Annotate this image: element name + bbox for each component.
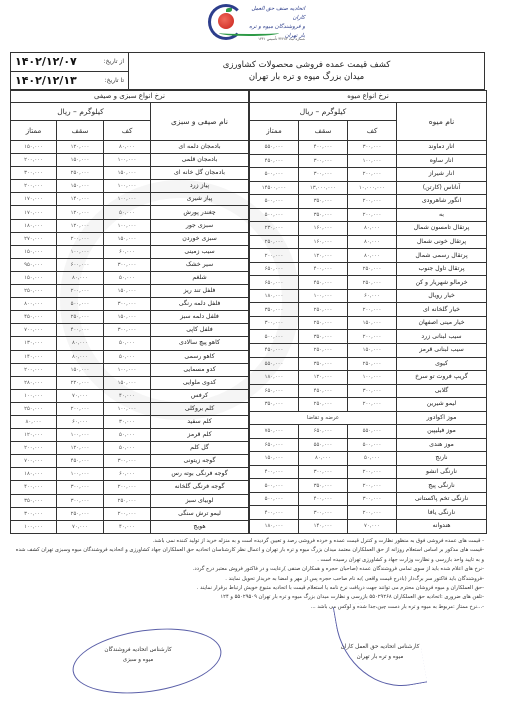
item-name: لیمو شیرین xyxy=(397,398,487,412)
item-name: هندوانه xyxy=(397,519,487,533)
price-max: ۸۰,۰۰۰ xyxy=(299,452,348,466)
price-max: ۷۰,۰۰۰ xyxy=(57,520,104,533)
table-row: خیار مینی اصفهان۱۵۰,۰۰۰۲۵۰,۰۰۰۳۰۰,۰۰۰ xyxy=(250,316,487,330)
veg-col-max: سقف xyxy=(57,121,104,141)
price-max: ۸۰,۰۰۰ xyxy=(57,337,104,350)
price-min: ۱۵۰,۰۰۰ xyxy=(104,167,151,180)
note-line: -حق العملکاران و میوه فروشان محترم می تو… xyxy=(14,584,484,593)
price-premium: ۵۰۰,۰۰۰ xyxy=(250,168,299,182)
item-name: کرفس xyxy=(151,389,249,402)
price-max: ۲۵۰,۰۰۰ xyxy=(299,316,348,330)
note-line: -تلفن های ضروری :اتحادیه حق العملکاران ۵… xyxy=(14,593,484,602)
price-premium: ۲۰۰,۰۰۰ xyxy=(11,180,57,193)
document-title: کشف قیمت عمده فروشی محصولات کشاورزی میدا… xyxy=(129,53,484,89)
item-name: موز فیلیپین xyxy=(397,425,487,439)
item-name: خرمالو شهریار و کن xyxy=(397,276,487,290)
table-row: موز اکوادورعرضه و تقاضا xyxy=(250,411,487,425)
table-row: فلفل دلمه رنگی۳۰۰,۰۰۰۵۰۰,۰۰۰۸۰۰,۰۰۰ xyxy=(11,298,249,311)
price-max: ۲۵۰,۰۰۰ xyxy=(299,398,348,412)
price-min: ۲۰۰,۰۰۰ xyxy=(348,208,397,222)
item-name: گل کلم xyxy=(151,442,249,455)
price-max: ۴۰۰,۰۰۰ xyxy=(299,141,348,155)
item-name: موز هندی xyxy=(397,438,487,452)
price-max: ۳۰۰,۰۰۰ xyxy=(299,168,348,182)
item-name: پرتقال رسمی شمال xyxy=(397,249,487,263)
price-max: ۳۰۰,۰۰۰ xyxy=(57,481,104,494)
item-name: نارنگی انشو xyxy=(397,465,487,479)
price-min: ۱۰۰,۰۰۰ xyxy=(104,219,151,232)
price-max: ۱۰۰,۰۰۰ xyxy=(57,468,104,481)
price-premium: ۳۰۰,۰۰۰ xyxy=(250,316,299,330)
table-row: سیب زمینی۶۰,۰۰۰۱۰۰,۰۰۰۱۵۰,۰۰۰ xyxy=(11,245,249,258)
item-name: لوبیای سبز xyxy=(151,494,249,507)
table-row: آناناس (کارتن)۱۰,۰۰۰,۰۰۰۱۳,۰۰۰,۰۰۰۱۴۵۰۰,… xyxy=(250,181,487,195)
table-row: نارنگی انشو۲۰۰,۰۰۰۳۰۰,۰۰۰۴۰۰,۰۰۰ xyxy=(250,465,487,479)
price-min: ۴۰,۰۰۰ xyxy=(104,520,151,533)
price-max: ۵۰۰,۰۰۰ xyxy=(57,298,104,311)
price-premium: ۸۰,۰۰۰ xyxy=(11,415,57,428)
item-name: خیار گلخانه ای xyxy=(397,303,487,317)
table-row: پیاز زرد۱۰۰,۰۰۰۱۵۰,۰۰۰۲۰۰,۰۰۰ xyxy=(11,180,249,193)
price-min: ۳۰۰,۰۰۰ xyxy=(104,298,151,311)
price-min: ۵۰۰,۰۰۰ xyxy=(348,438,397,452)
price-premium: ۲۵۰,۰۰۰ xyxy=(11,285,57,298)
item-name: پرتقال تامسون شمال xyxy=(397,222,487,236)
note-line: -نرخ های اعلام شده باید از سوی تمامی فرو… xyxy=(14,565,484,574)
logo-registration: شماره ثبت ۳۲۲۸۲ تأسیس ۱۳۴۱ xyxy=(245,37,305,41)
item-name: خیار مینی اصفهان xyxy=(397,316,487,330)
price-min: ۱۵۰,۰۰۰ xyxy=(104,285,151,298)
price-min: ۱۵۰,۰۰۰ xyxy=(104,376,151,389)
price-max: ۴۰۰,۰۰۰ xyxy=(57,324,104,337)
item-name: گوجه فرنگی گلخانه xyxy=(151,481,249,494)
price-premium: ۱۵۰,۰۰۰ xyxy=(11,141,57,154)
price-premium: ۱۵۰,۰۰۰ xyxy=(250,452,299,466)
price-max: ۵۵۰,۰۰۰ xyxy=(299,438,348,452)
price-max: ۶۵۰,۰۰۰ xyxy=(299,425,348,439)
table-row: لیمو ترش سنگی۲۰۰,۰۰۰۲۵۰,۰۰۰۳۰۰,۰۰۰ xyxy=(11,507,249,520)
price-min: ۲۰۰,۰۰۰ xyxy=(348,195,397,209)
item-name: کلم قرمز xyxy=(151,429,249,442)
table-row: بادمجان گل خانه ای۱۵۰,۰۰۰۲۵۰,۰۰۰۳۰۰,۰۰۰ xyxy=(11,167,249,180)
table-row: انگور شاهرودی۲۰۰,۰۰۰۳۵۰,۰۰۰۵۰۰,۰۰۰ xyxy=(250,195,487,209)
price-max: ۳۰۰,۰۰۰ xyxy=(57,494,104,507)
price-premium: ۴۵۰,۰۰۰ xyxy=(250,343,299,357)
price-premium: ۱۵۰,۰۰۰ xyxy=(11,271,57,284)
table-row: لیمو شیرین۲۰۰,۰۰۰۲۵۰,۰۰۰۳۵۰,۰۰۰ xyxy=(250,398,487,412)
item-name: انار ساوه xyxy=(397,154,487,168)
item-name: گریپ فروت تو سرخ xyxy=(397,371,487,385)
item-name: سیب لبنانی زرد xyxy=(397,330,487,344)
from-date-value: ۱۴۰۲/۱۲/۰۷ xyxy=(15,55,77,68)
table-row: به۲۰۰,۰۰۰۳۵۰,۰۰۰۵۰۰,۰۰۰ xyxy=(250,208,487,222)
price-premium: ۹۵۰,۰۰۰ xyxy=(11,258,57,271)
table-row: کرفس۴۰,۰۰۰۷۰,۰۰۰۱۰۰,۰۰۰ xyxy=(11,389,249,402)
item-name: شلغم xyxy=(151,271,249,284)
price-max: ۳۵۰,۰۰۰ xyxy=(299,357,348,371)
table-row: فلفل دلمه سبز۱۵۰,۰۰۰۲۵۰,۰۰۰۴۵۰,۰۰۰ xyxy=(11,311,249,324)
price-max: ۱۴۰,۰۰۰ xyxy=(299,519,348,533)
price-premium: ۶۵۰,۰۰۰ xyxy=(250,276,299,290)
price-min: ۵۵۰,۰۰۰ xyxy=(348,425,397,439)
price-min: ۵۰,۰۰۰ xyxy=(104,271,151,284)
fruit-col-min: کف xyxy=(348,121,397,141)
item-name: کیوی xyxy=(397,357,487,371)
table-row: کیوی۲۵۰,۰۰۰۳۵۰,۰۰۰۵۵۰,۰۰۰ xyxy=(250,357,487,371)
price-max: ۱۲۰,۰۰۰ xyxy=(299,371,348,385)
price-min: ۵۰,۰۰۰ xyxy=(104,429,151,442)
item-name: هویج xyxy=(151,520,249,533)
item-name: سیب زمینی xyxy=(151,245,249,258)
fruit-section-title: نرخ انواع میوه xyxy=(250,91,487,103)
price-min: ۱۰۰,۰۰۰ xyxy=(104,402,151,415)
price-min: ۲۰۰,۰۰۰ xyxy=(348,479,397,493)
veg-name-header: نام صیفی و سبزی xyxy=(151,103,249,141)
item-name: نارنج xyxy=(397,452,487,466)
table-row: خیار گلخانه ای۲۰۰,۰۰۰۲۵۰,۰۰۰۳۵۰,۰۰۰ xyxy=(250,303,487,317)
price-tables: نرخ انواع سبزی و صیفی نام صیفی و سبزی کی… xyxy=(10,90,485,534)
price-min: ۱۰۰,۰۰۰ xyxy=(348,371,397,385)
item-name: سیب لبنانی قرمز xyxy=(397,343,487,357)
table-row: کاهو پیچ سالادی۵۰,۰۰۰۸۰,۰۰۰۱۳۰,۰۰۰ xyxy=(11,337,249,350)
table-row: کاهو رسمی۵۰,۰۰۰۸۰,۰۰۰۱۴۰,۰۰۰ xyxy=(11,350,249,363)
table-row: موز هندی۵۰۰,۰۰۰۵۵۰,۰۰۰۶۵۰,۰۰۰ xyxy=(250,438,487,452)
price-min: ۱۰۰,۰۰۰ xyxy=(104,363,151,376)
price-premium: ۳۵۰,۰۰۰ xyxy=(250,398,299,412)
item-name: فلفل دلمه رنگی xyxy=(151,298,249,311)
union-logo: اتحادیه صنف حق العمل کاران و فروشندگان م… xyxy=(205,3,305,47)
table-row: گلابی۳۰۰,۰۰۰۴۵۰,۰۰۰۶۵۰,۰۰۰ xyxy=(250,384,487,398)
price-min: ۱۵۰,۰۰۰ xyxy=(104,311,151,324)
fruit-col-max: سقف xyxy=(299,121,348,141)
price-premium: ۱۸۰,۰۰۰ xyxy=(250,371,299,385)
item-name: آناناس (کارتن) xyxy=(397,181,487,195)
price-premium: ۱۸۰,۰۰۰ xyxy=(11,468,57,481)
table-row: هندوانه۷۰,۰۰۰۱۴۰,۰۰۰۱۸۰,۰۰۰ xyxy=(250,519,487,533)
item-name: گوجه فرنگی بوته رس xyxy=(151,468,249,481)
table-row: سیب لبنانی قرمز۱۵۰,۰۰۰۲۵۰,۰۰۰۴۵۰,۰۰۰ xyxy=(250,343,487,357)
price-min: ۶۰,۰۰۰ xyxy=(348,289,397,303)
signature-right-line-1: کارشناس اتحادیه حق العمل کاران xyxy=(330,642,430,652)
price-max: ۸۰,۰۰۰ xyxy=(57,271,104,284)
item-name: سبزی جور xyxy=(151,219,249,232)
item-name: لیمو ترش سنگی xyxy=(151,507,249,520)
item-name: به xyxy=(397,208,487,222)
table-row: خیار رویال۶۰,۰۰۰۱۰۰,۰۰۰۱۸۰,۰۰۰ xyxy=(250,289,487,303)
price-min: ۵۰,۰۰۰ xyxy=(104,350,151,363)
price-min: ۸۰,۰۰۰ xyxy=(348,222,397,236)
table-row: گوجه فرنگی بوته رس۶۰,۰۰۰۱۰۰,۰۰۰۱۸۰,۰۰۰ xyxy=(11,468,249,481)
price-max: ۳۰۰,۰۰۰ xyxy=(299,465,348,479)
price-premium: ۱۷۰,۰۰۰ xyxy=(11,206,57,219)
price-premium: ۵۰۰,۰۰۰ xyxy=(250,195,299,209)
table-row: انار ساوه۱۰۰,۰۰۰۳۰۰,۰۰۰۴۵۰,۰۰۰ xyxy=(250,154,487,168)
table-row: پیاز شیری۱۰۰,۰۰۰۱۴۰,۰۰۰۱۷۰,۰۰۰ xyxy=(11,193,249,206)
price-min: ۳۰,۰۰۰ xyxy=(104,415,151,428)
item-name: پیاز شیری xyxy=(151,193,249,206)
price-max: ۱۲۰,۰۰۰ xyxy=(57,141,104,154)
table-row: نارنج۵۰,۰۰۰۸۰,۰۰۰۱۵۰,۰۰۰ xyxy=(250,452,487,466)
price-max: ۱۰۰,۰۰۰ xyxy=(57,429,104,442)
veg-section-title: نرخ انواع سبزی و صیفی xyxy=(11,91,249,103)
price-premium: ۴۵۰,۰۰۰ xyxy=(11,311,57,324)
price-premium: ۲۵۰,۰۰۰ xyxy=(250,235,299,249)
price-max: ۴۵۰,۰۰۰ xyxy=(57,455,104,468)
price-premium: ۲۰۰,۰۰۰ xyxy=(11,154,57,167)
table-row: لوبیای سبز۲۵۰,۰۰۰۳۰۰,۰۰۰۳۵۰,۰۰۰ xyxy=(11,494,249,507)
price-premium: ۵۰۰,۰۰۰ xyxy=(250,492,299,506)
veg-col-premium: ممتاز xyxy=(11,121,57,141)
price-max: ۲۲۰,۰۰۰ xyxy=(57,376,104,389)
price-premium: ۵۵۰,۰۰۰ xyxy=(250,357,299,371)
price-min: ۳۰۰,۰۰۰ xyxy=(104,324,151,337)
table-row: انار دماوند۳۰۰,۰۰۰۴۰۰,۰۰۰۵۵۰,۰۰۰ xyxy=(250,141,487,155)
item-name: بادمجان دلمه ای xyxy=(151,141,249,154)
price-max: ۱۶۰,۰۰۰ xyxy=(299,222,348,236)
veg-unit-header: کیلوگرم – ریال xyxy=(11,103,151,121)
price-min: ۵۰,۰۰۰ xyxy=(104,442,151,455)
item-name: کدو مسمایی xyxy=(151,363,249,376)
price-premium: ۵۵۰,۰۰۰ xyxy=(250,141,299,155)
price-premium: ۱۴۵۰۰,۰۰۰ xyxy=(250,181,299,195)
note-line: - قیمت های عمده فروشی فوق به منظور نظارت… xyxy=(14,537,484,546)
price-premium: ۴۰۰,۰۰۰ xyxy=(250,506,299,520)
price-premium: ۲۰۰,۰۰۰ xyxy=(250,249,299,263)
fruit-table-body: انار دماوند۳۰۰,۰۰۰۴۰۰,۰۰۰۵۵۰,۰۰۰انار ساو… xyxy=(250,141,487,534)
price-max: ۱۵۰,۰۰۰ xyxy=(57,363,104,376)
table-row: کدو مسمایی۱۰۰,۰۰۰۱۵۰,۰۰۰۲۰۰,۰۰۰ xyxy=(11,363,249,376)
price-min: ۲۰۰,۰۰۰ xyxy=(348,465,397,479)
table-row: بادمجان دلمه ای۸۰,۰۰۰۱۲۰,۰۰۰۱۵۰,۰۰۰ xyxy=(11,141,249,154)
price-premium: ۷۵۰,۰۰۰ xyxy=(250,425,299,439)
price-premium: ۵۰۰,۰۰۰ xyxy=(250,208,299,222)
veg-table-body: بادمجان دلمه ای۸۰,۰۰۰۱۲۰,۰۰۰۱۵۰,۰۰۰بادمج… xyxy=(11,141,249,534)
table-row: کلم بروکلی۱۰۰,۰۰۰۲۰۰,۰۰۰۲۵۰,۰۰۰ xyxy=(11,402,249,415)
table-row: گل کلم۵۰,۰۰۰۱۲۰,۰۰۰۲۰۰,۰۰۰ xyxy=(11,442,249,455)
price-max: ۳۵۰,۰۰۰ xyxy=(299,208,348,222)
price-premium: ۲۰۰,۰۰۰ xyxy=(11,442,57,455)
price-premium: ۶۵۰,۰۰۰ xyxy=(250,438,299,452)
table-row: خرمالو شهریار و کن۲۵۰,۰۰۰۴۵۰,۰۰۰۶۵۰,۰۰۰ xyxy=(250,276,487,290)
table-row: نارنگی یافا۲۰۰,۰۰۰۳۰۰,۰۰۰۴۰۰,۰۰۰ xyxy=(250,506,487,520)
price-min: ۸۰,۰۰۰ xyxy=(104,141,151,154)
title-line-1: کشف قیمت عمده فروشی محصولات کشاورزی xyxy=(223,59,391,71)
logo-line-1: اتحادیه صنف حق العمل کاران xyxy=(245,5,305,23)
price-premium: ۶۵۰,۰۰۰ xyxy=(250,384,299,398)
price-premium: ۴۰۰,۰۰۰ xyxy=(11,481,57,494)
item-name: کلم بروکلی xyxy=(151,402,249,415)
price-min: ۲۵۰,۰۰۰ xyxy=(348,276,397,290)
price-max: ۲۰۰,۰۰۰ xyxy=(57,232,104,245)
item-name: کاهو پیچ سالادی xyxy=(151,337,249,350)
item-name: فلفل کاپی xyxy=(151,324,249,337)
price-max: ۲۵۰,۰۰۰ xyxy=(57,167,104,180)
table-row: انار شیراز۲۰۰,۰۰۰۳۰۰,۰۰۰۵۰۰,۰۰۰ xyxy=(250,168,487,182)
price-premium: ۱۰۰,۰۰۰ xyxy=(11,520,57,533)
table-row: نارنگی تخم پاکستانی۳۰۰,۰۰۰۴۰۰,۰۰۰۵۰۰,۰۰۰ xyxy=(250,492,487,506)
price-max: ۷۰,۰۰۰ xyxy=(57,389,104,402)
price-max: ۱۴۰,۰۰۰ xyxy=(57,193,104,206)
price-max: ۱۶۰,۰۰۰ xyxy=(299,235,348,249)
price-min: ۲۰۰,۰۰۰ xyxy=(348,506,397,520)
price-min: ۱۰۰,۰۰۰ xyxy=(348,154,397,168)
price-premium: ۶۵۰,۰۰۰ xyxy=(250,262,299,276)
table-row: گوجه فرنگی گلخانه۲۰۰,۰۰۰۳۰۰,۰۰۰۴۰۰,۰۰۰ xyxy=(11,481,249,494)
price-max: ۴۰۰,۰۰۰ xyxy=(299,262,348,276)
item-name: فلفل تند ریز xyxy=(151,285,249,298)
item-name: پرتقال تاول جنوب xyxy=(397,262,487,276)
price-min: ۸۰,۰۰۰ xyxy=(348,235,397,249)
price-min: ۲۰۰,۰۰۰ xyxy=(104,481,151,494)
signature-right-line-2: میوه و تره بار تهران xyxy=(330,652,430,662)
price-max: ۱۲۰,۰۰۰ xyxy=(299,249,348,263)
price-min: ۲۰۰,۰۰۰ xyxy=(348,168,397,182)
price-max: ۲۵۰,۰۰۰ xyxy=(57,507,104,520)
price-min: ۱۰۰,۰۰۰ xyxy=(104,154,151,167)
table-row: سیر خشک۳۰۰,۰۰۰۶۰۰,۰۰۰۹۵۰,۰۰۰ xyxy=(11,258,249,271)
table-row: شلغم۵۰,۰۰۰۸۰,۰۰۰۱۵۰,۰۰۰ xyxy=(11,271,249,284)
price-max: ۴۰۰,۰۰۰ xyxy=(299,492,348,506)
apple-icon xyxy=(218,13,234,29)
price-max: ۳۰۰,۰۰۰ xyxy=(299,154,348,168)
from-date-label: از تاریخ: xyxy=(104,58,124,65)
price-premium: ۵۰۰,۰۰۰ xyxy=(250,330,299,344)
table-row: فلفل تند ریز۱۵۰,۰۰۰۲۰۰,۰۰۰۲۵۰,۰۰۰ xyxy=(11,285,249,298)
price-min: ۴۰,۰۰۰ xyxy=(104,389,151,402)
price-min: ۳۰۰,۰۰۰ xyxy=(348,492,397,506)
item-name: کدوی ملوایی xyxy=(151,376,249,389)
price-premium: ۴۵۰,۰۰۰ xyxy=(250,154,299,168)
price-premium: ۸۰۰,۰۰۰ xyxy=(11,298,57,311)
to-date-row: تا تاریخ: ۱۴۰۲/۱۲/۱۳ xyxy=(11,71,128,90)
price-max: ۶۰۰,۰۰۰ xyxy=(57,258,104,271)
price-min: ۲۰۰,۰۰۰ xyxy=(348,330,397,344)
price-max: ۱۲۰,۰۰۰ xyxy=(57,219,104,232)
price-min: ۲۵۰,۰۰۰ xyxy=(348,262,397,276)
price-premium: ۱۲۰,۰۰۰ xyxy=(11,429,57,442)
price-premium: ۱۸۰,۰۰۰ xyxy=(11,219,57,232)
price-max: ۲۵۰,۰۰۰ xyxy=(299,303,348,317)
item-name: بادمجان گل خانه ای xyxy=(151,167,249,180)
price-max: ۱۲۰,۰۰۰ xyxy=(57,442,104,455)
table-row: پرتقال تاول جنوب۲۵۰,۰۰۰۴۰۰,۰۰۰۶۵۰,۰۰۰ xyxy=(250,262,487,276)
item-name: بادمجان قلمی xyxy=(151,154,249,167)
price-min: ۳۰۰,۰۰۰ xyxy=(104,258,151,271)
table-row: سبزی خوردن۱۵۰,۰۰۰۲۰۰,۰۰۰۲۷۰,۰۰۰ xyxy=(11,232,249,245)
table-row: پرتقال تامسون شمال۸۰,۰۰۰۱۶۰,۰۰۰۲۳۰,۰۰۰ xyxy=(250,222,487,236)
price-premium: ۲۵۰,۰۰۰ xyxy=(11,402,57,415)
item-name: سیر خشک xyxy=(151,258,249,271)
price-premium: ۱۴۰,۰۰۰ xyxy=(11,350,57,363)
logo-text: اتحادیه صنف حق العمل کاران و فروشندگان م… xyxy=(245,5,305,41)
from-date-row: از تاریخ: ۱۴۰۲/۱۲/۰۷ xyxy=(11,53,128,71)
fruit-col-premium: ممتاز xyxy=(250,121,299,141)
price-min: ۷۰,۰۰۰ xyxy=(348,519,397,533)
signature-block-sellers: کارشناس اتحادیه فروشندگان میوه و سبزی xyxy=(88,645,188,665)
price-min: ۸۰,۰۰۰ xyxy=(348,249,397,263)
table-row: نارنگی پیج۲۰۰,۰۰۰۳۵۰,۰۰۰۵۰۰,۰۰۰ xyxy=(250,479,487,493)
price-premium: ۷۰۰,۰۰۰ xyxy=(11,455,57,468)
price-min: ۱۵۰,۰۰۰ xyxy=(348,343,397,357)
price-min: ۲۰۰,۰۰۰ xyxy=(104,507,151,520)
item-name: پرتقال خونی شمال xyxy=(397,235,487,249)
item-name: کلم سفید xyxy=(151,415,249,428)
price-max: ۱۵۰,۰۰۰ xyxy=(57,180,104,193)
price-premium: ۲۷۰,۰۰۰ xyxy=(11,232,57,245)
fruit-price-table: نرخ انواع میوه نام میوه کیلوگرم – ریال ک… xyxy=(249,90,487,534)
table-row: گریپ فروت تو سرخ۱۰۰,۰۰۰۱۲۰,۰۰۰۱۸۰,۰۰۰ xyxy=(250,371,487,385)
to-date-label: تا تاریخ: xyxy=(105,77,124,84)
price-premium: ۱۰۰,۰۰۰ xyxy=(11,389,57,402)
item-name: فلفل دلمه سبز xyxy=(151,311,249,324)
title-line-2: میدان بزرگ میوه و تره بار تهران xyxy=(249,71,364,83)
price-premium: ۱۳۰,۰۰۰ xyxy=(11,337,57,350)
veg-col-min: کف xyxy=(104,121,151,141)
price-min: ۳۰۰,۰۰۰ xyxy=(104,455,151,468)
item-name: چغندر پورش xyxy=(151,206,249,219)
table-row: پرتقال خونی شمال۸۰,۰۰۰۱۶۰,۰۰۰۲۵۰,۰۰۰ xyxy=(250,235,487,249)
table-row: فلفل کاپی۳۰۰,۰۰۰۴۰۰,۰۰۰۷۰۰,۰۰۰ xyxy=(11,324,249,337)
price-max: ۱۰۰,۰۰۰ xyxy=(299,289,348,303)
price-premium: ۳۵۰,۰۰۰ xyxy=(250,303,299,317)
price-min: ۲۵۰,۰۰۰ xyxy=(104,494,151,507)
price-max: ۲۵۰,۰۰۰ xyxy=(57,311,104,324)
price-min: ۱۰۰,۰۰۰ xyxy=(104,180,151,193)
table-row: هویج۴۰,۰۰۰۷۰,۰۰۰۱۰۰,۰۰۰ xyxy=(11,520,249,533)
table-row: کلم سفید۳۰,۰۰۰۶۰,۰۰۰۸۰,۰۰۰ xyxy=(11,415,249,428)
price-max: ۸۰,۰۰۰ xyxy=(57,350,104,363)
price-max: ۱۰۰,۰۰۰ xyxy=(57,245,104,258)
price-max: ۴۵۰,۰۰۰ xyxy=(299,276,348,290)
price-min: ۳۰۰,۰۰۰ xyxy=(348,141,397,155)
signature-block-commission-agents: کارشناس اتحادیه حق العمل کاران میوه و تر… xyxy=(330,642,430,662)
price-max: ۳۵۰,۰۰۰ xyxy=(299,330,348,344)
item-name: نارنگی یافا xyxy=(397,506,487,520)
item-name: نارنگی تخم پاکستانی xyxy=(397,492,487,506)
fruit-name-header: نام میوه xyxy=(397,103,487,141)
item-name: گوجه زیتونی xyxy=(151,455,249,468)
table-row: بادمجان قلمی۱۰۰,۰۰۰۱۵۰,۰۰۰۲۰۰,۰۰۰ xyxy=(11,154,249,167)
price-premium: ۱۸۰,۰۰۰ xyxy=(250,289,299,303)
item-name: سبزی خوردن xyxy=(151,232,249,245)
table-row: چغندر پورش۵۰,۰۰۰۱۲۰,۰۰۰۱۷۰,۰۰۰ xyxy=(11,206,249,219)
note-line: -قیمت های مذکور بر اساس استعلام روزانه ا… xyxy=(14,546,484,565)
item-name: انار شیراز xyxy=(397,168,487,182)
item-name: انگور شاهرودی xyxy=(397,195,487,209)
price-min: ۲۵۰,۰۰۰ xyxy=(348,357,397,371)
price-max: ۱۳,۰۰۰,۰۰۰ xyxy=(299,181,348,195)
price-premium: ۱۷۰,۰۰۰ xyxy=(11,193,57,206)
date-range: از تاریخ: ۱۴۰۲/۱۲/۰۷ تا تاریخ: ۱۴۰۲/۱۲/۱… xyxy=(11,53,129,89)
price-min: ۵۰,۰۰۰ xyxy=(348,452,397,466)
price-premium: ۷۰۰,۰۰۰ xyxy=(11,324,57,337)
item-name: نارنگی پیج xyxy=(397,479,487,493)
note-line: -فروشندگان باید فاکتور سر برگ‌دار (بادرج… xyxy=(14,575,484,584)
item-name: گلابی xyxy=(397,384,487,398)
item-name: پیاز زرد xyxy=(151,180,249,193)
price-min: ۶۰,۰۰۰ xyxy=(104,245,151,258)
signature-left-line-2: میوه و سبزی xyxy=(88,655,188,665)
price-premium: ۳۵۰,۰۰۰ xyxy=(11,494,57,507)
signature-left-line-1: کارشناس اتحادیه فروشندگان xyxy=(88,645,188,655)
notes-section: - قیمت های عمده فروشی فوق به منظور نظارت… xyxy=(14,537,484,612)
supply-demand-note: عرضه و تقاضا xyxy=(250,411,397,425)
item-name: خیار رویال xyxy=(397,289,487,303)
price-premium: ۲۰۰,۰۰۰ xyxy=(11,363,57,376)
price-min: ۲۰۰,۰۰۰ xyxy=(348,303,397,317)
price-max: ۲۵۰,۰۰۰ xyxy=(299,343,348,357)
price-max: ۱۵۰,۰۰۰ xyxy=(57,154,104,167)
